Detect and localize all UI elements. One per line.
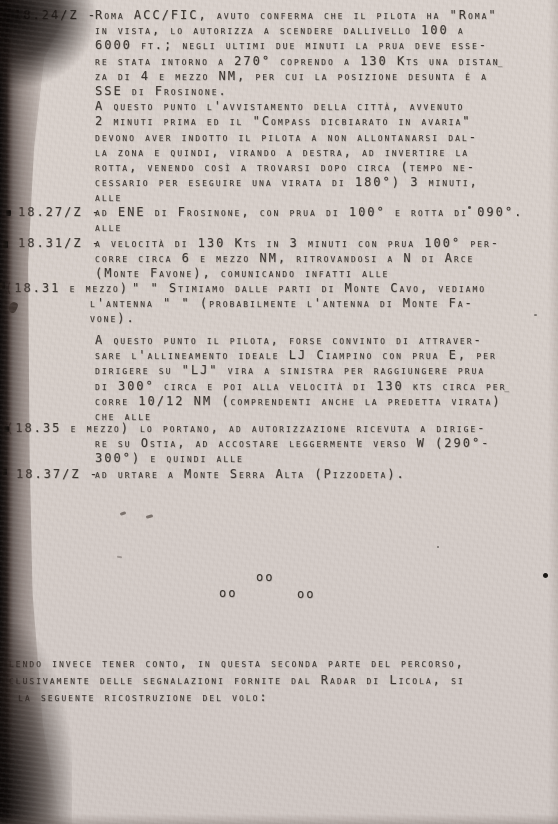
separator-glyph: oo (219, 586, 237, 601)
ink-speck (534, 314, 537, 316)
separator-glyph: oo (297, 587, 315, 602)
scanned-document-page: 18.24/Z - Roma ACC/FIC, avuto conferma c… (0, 0, 558, 824)
log-entry-1831-e-mezzo: (18.31 e mezzo) " " Stimiamo dalle parti… (0, 281, 558, 327)
entry-body: ad urtare a Monte Serra Alta (Pizzodeta)… (95, 467, 558, 482)
margin-mark (3, 241, 8, 248)
separator-glyph: oo (256, 570, 274, 585)
entry-timestamp: 18.31/Z - (18, 236, 101, 251)
entry-body: " " Stimiamo dalle parti di Monte Cavo, … (90, 281, 558, 327)
entry-body: ad ENE di Frosinone, con prua di 100° e … (95, 205, 558, 235)
margin-mark (6, 210, 11, 216)
scan-edge-right (548, 0, 558, 824)
log-entry-1837z: 18.37/Z - ad urtare a Monte Serra Alta (… (0, 467, 558, 482)
log-entry-continuation-paragraph: A questo punto il pilota, forse convinto… (0, 333, 558, 424)
margin-mark (4, 426, 9, 432)
section-separator-oo: oo oo oo (0, 570, 558, 604)
pencil-mark (120, 511, 127, 516)
entry-body: lo portano, ad autorizzazione ricevuta a… (95, 421, 558, 467)
entry-body: Roma ACC/FIC, avuto conferma che il pilo… (95, 8, 558, 206)
ink-speck (468, 206, 471, 209)
scan-corner-shadow-bottom-left (0, 624, 72, 824)
log-entry-1827z: 18.27/Z - ad ENE di Frosinone, con prua … (0, 205, 558, 235)
scan-edge-bottom (0, 814, 558, 824)
pencil-mark (146, 514, 154, 519)
margin-mark (2, 469, 7, 475)
log-entry-1835-e-mezzo: (18.35 e mezzo) lo portano, ad autorizza… (0, 421, 558, 467)
pencil-mark (117, 556, 122, 559)
entry-body: A questo punto il pilota, forse convinto… (95, 333, 558, 424)
margin-mark (0, 282, 5, 289)
scan-corner-shadow-top-left (0, 0, 96, 88)
entry-body: a velocità di 130 Kts in 3 minuti con pr… (95, 236, 558, 282)
ink-speck (437, 546, 439, 548)
ink-speck (543, 573, 548, 578)
log-entry-1831z: 18.31/Z - a velocità di 130 Kts in 3 min… (0, 236, 558, 282)
